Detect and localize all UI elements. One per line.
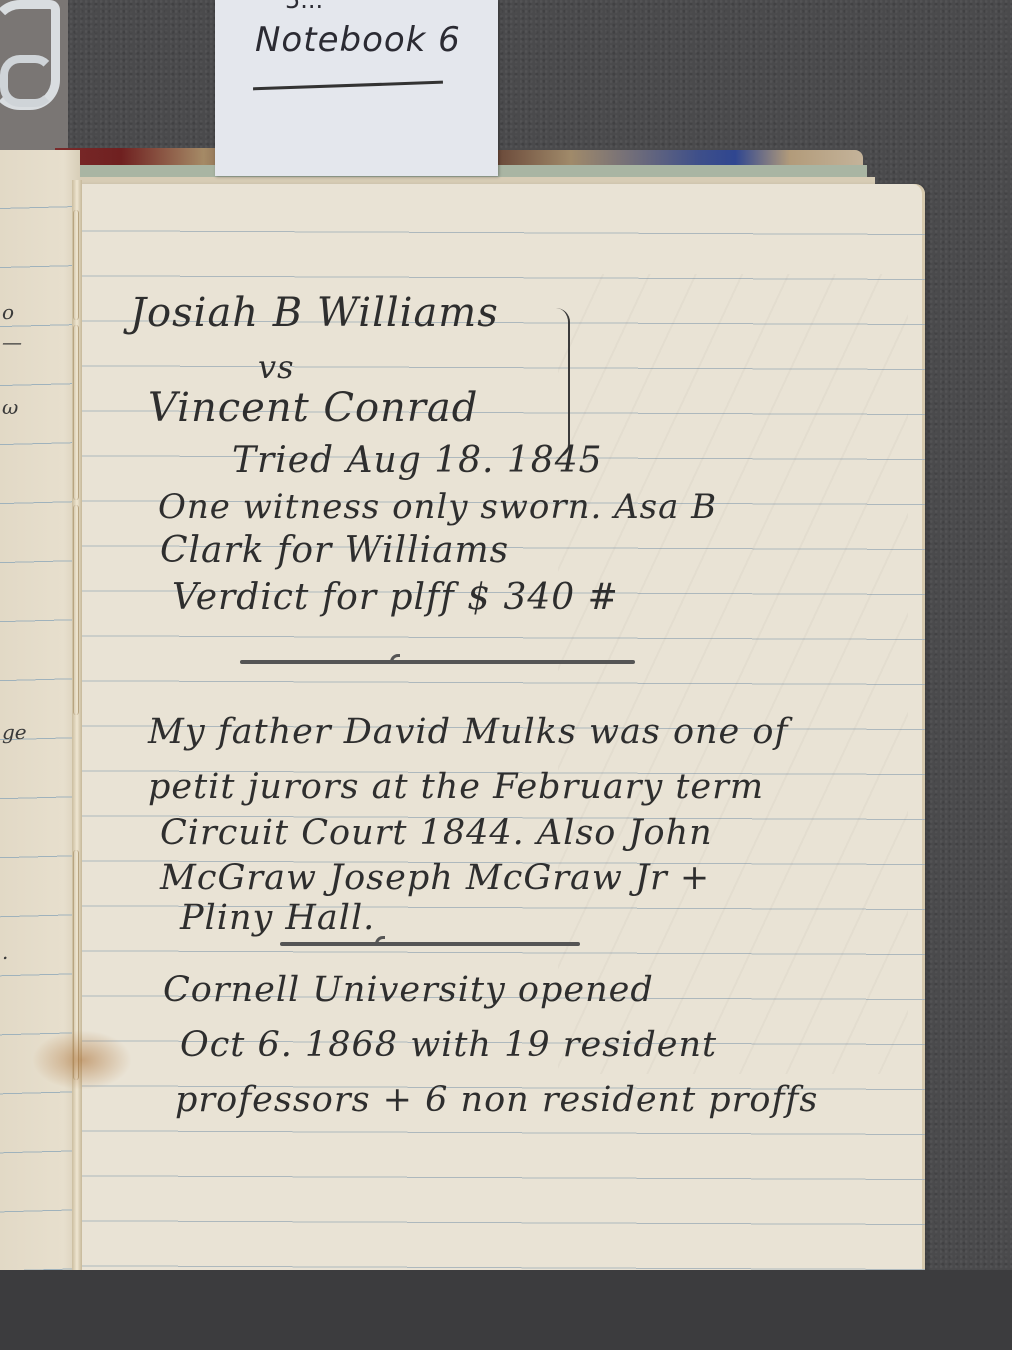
binding-stitch bbox=[73, 505, 79, 715]
left-margin-mark: ge bbox=[2, 720, 27, 744]
label-title: Notebook 6 bbox=[255, 20, 461, 60]
entry-2-line: Pliny Hall. bbox=[180, 898, 375, 938]
left-margin-mark: — bbox=[2, 330, 22, 354]
binding-stitch bbox=[73, 325, 79, 500]
entry-2-line: Circuit Court 1844. Also John bbox=[160, 813, 713, 853]
divider-flourish bbox=[390, 654, 400, 664]
entry-3-line: Cornell University opened bbox=[163, 970, 654, 1010]
case-plaintiff: Josiah B Williams bbox=[130, 290, 499, 336]
entry-3-line: professors + 6 non resident proffs bbox=[175, 1080, 818, 1120]
case-verdict: Verdict for plff $ 340 # bbox=[172, 577, 619, 618]
entry-2-line: My father David Mulks was one of bbox=[148, 712, 788, 752]
marbled-cover-edge-right bbox=[498, 150, 863, 166]
entry-2-line: petit jurors at the February term bbox=[148, 767, 764, 807]
entry-3-line: Oct 6. 1868 with 19 resident bbox=[180, 1025, 717, 1065]
case-versus: vs bbox=[258, 348, 295, 386]
left-margin-mark: . bbox=[2, 940, 8, 964]
section-divider bbox=[280, 942, 580, 946]
binding-stain bbox=[32, 1030, 132, 1090]
notebook-label-card: 5... Notebook 6 bbox=[215, 0, 498, 176]
label-partial-text: 5... bbox=[285, 0, 323, 14]
case-note-line-2: Clark for Williams bbox=[160, 530, 509, 571]
section-divider bbox=[240, 660, 635, 664]
case-defendant: Vincent Conrad bbox=[148, 385, 478, 431]
entry-2-line: McGraw Joseph McGraw Jr + bbox=[160, 858, 710, 898]
case-tried-date: Tried Aug 18. 1845 bbox=[232, 440, 603, 481]
white-cord-loop bbox=[0, 55, 55, 107]
divider-flourish bbox=[375, 936, 385, 946]
left-margin-mark: ω bbox=[2, 395, 18, 419]
curly-brace bbox=[548, 308, 570, 458]
label-underline bbox=[253, 81, 443, 91]
left-page: o — ω ge . bbox=[0, 150, 80, 1270]
case-note-line-1: One witness only sworn. Asa B bbox=[158, 487, 717, 527]
ink-bleed-through bbox=[558, 274, 908, 1074]
background-shadow bbox=[0, 1270, 1012, 1350]
left-margin-mark: o bbox=[2, 300, 14, 324]
binding-stitch bbox=[73, 210, 79, 320]
